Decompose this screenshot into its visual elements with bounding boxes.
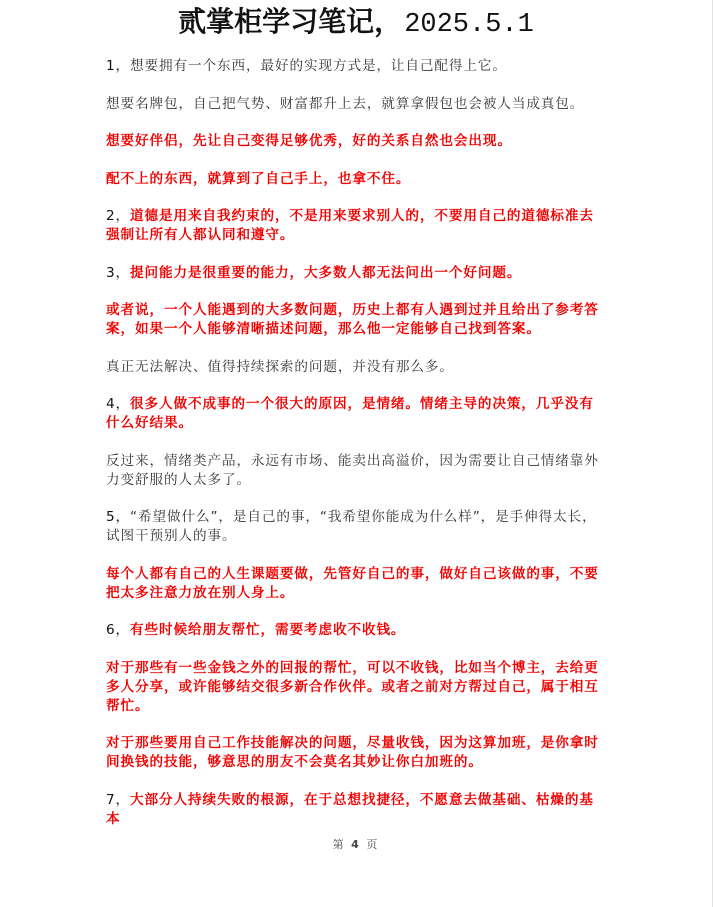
page-number: 4 — [351, 838, 361, 851]
paragraph-10: 反过来，情绪类产品，永远有市场、能卖出高溢价，因为需要让自己情绪靠外力变舒服的人… — [106, 452, 600, 490]
paragraph-text: 提问能力是很重要的能力，大多数人都无法问出一个好问题。 — [130, 265, 521, 281]
paragraph-text: “希望做什么”，是自己的事，“我希望你能成为什么样”，是手伸得太长，试图干预别人… — [106, 509, 597, 544]
paragraph-12-highlight: 每个人都有自己的人生课题要做，先管好自己的事，做好自己该做的事，不要把太多注意力… — [106, 565, 600, 603]
item-number: 5， — [106, 509, 130, 525]
paragraph-text: 对于那些有一些金钱之外的回报的帮忙，可以不收钱，比如当个博主，去给更多人分享，或… — [106, 660, 599, 714]
title-text: 贰掌柜学习笔记， — [178, 5, 402, 38]
footer-suffix: 页 — [366, 838, 379, 851]
paragraph-7-highlight: 或者说，一个人能遇到的大多数问题，历史上都有人遇到过并且给出了参考答案，如果一个… — [106, 301, 600, 339]
paragraph-11: 5，“希望做什么”，是自己的事，“我希望你能成为什么样”，是手伸得太长，试图干预… — [106, 508, 600, 546]
item-number: 6， — [106, 622, 130, 638]
paragraph-4-highlight: 配不上的东西，就算到了自己手上，也拿不住。 — [106, 170, 600, 189]
item-number: 1， — [106, 58, 130, 74]
item-number: 7， — [106, 792, 130, 808]
paragraph-14-highlight: 对于那些有一些金钱之外的回报的帮忙，可以不收钱，比如当个博主，去给更多人分享，或… — [106, 659, 600, 716]
page-title: 贰掌柜学习笔记，2025.5.1 — [0, 4, 712, 43]
paragraph-text: 真正无法解决、值得持续探索的问题，并没有那么多。 — [106, 359, 454, 375]
paragraph-text: 反过来，情绪类产品，永远有市场、能卖出高溢价，因为需要让自己情绪靠外力变舒服的人… — [106, 453, 599, 488]
paragraph-16: 7，大部分人持续失败的根源，在于总想找捷径，不愿意去做基础、枯燥的基本 — [106, 791, 600, 829]
item-number: 3， — [106, 265, 130, 281]
paragraph-8: 真正无法解决、值得持续探索的问题，并没有那么多。 — [106, 358, 600, 377]
paragraph-9: 4，很多人做不成事的一个很大的原因，是情绪。情绪主导的决策，几乎没有什么好结果。 — [106, 395, 600, 433]
paragraph-5: 2，道德是用来自我约束的，不是用来要求别人的，不要用自己的道德标准去强制让所有人… — [106, 207, 600, 245]
paragraph-text: 大部分人持续失败的根源，在于总想找捷径，不愿意去做基础、枯燥的基本 — [106, 792, 594, 827]
item-number: 2， — [106, 208, 130, 224]
paragraph-1: 1，想要拥有一个东西，最好的实现方式是，让自己配得上它。 — [106, 57, 600, 76]
paragraph-text: 每个人都有自己的人生课题要做，先管好自己的事，做好自己该做的事，不要把太多注意力… — [106, 566, 599, 601]
paragraph-text: 想要好伴侣，先让自己变得足够优秀，好的关系自然也会出现。 — [106, 133, 512, 149]
item-number: 4， — [106, 396, 130, 412]
paragraph-text: 道德是用来自我约束的，不是用来要求别人的，不要用自己的道德标准去强制让所有人都认… — [106, 208, 594, 243]
paragraph-15-highlight: 对于那些要用自己工作技能解决的问题，尽量收钱，因为这算加班，是你拿时间换钱的技能… — [106, 734, 600, 772]
paragraph-text: 有些时候给朋友帮忙，需要考虑收不收钱。 — [130, 622, 405, 638]
document-page: 贰掌柜学习笔记，2025.5.1 1，想要拥有一个东西，最好的实现方式是，让自己… — [0, 0, 713, 907]
paragraph-3-highlight: 想要好伴侣，先让自己变得足够优秀，好的关系自然也会出现。 — [106, 132, 600, 151]
paragraph-text: 想要名牌包，自己把气势、财富都升上去，就算拿假包也会被人当成真包。 — [106, 96, 584, 112]
paragraph-text: 很多人做不成事的一个很大的原因，是情绪。情绪主导的决策，几乎没有什么好结果。 — [106, 396, 594, 431]
paragraph-13: 6，有些时候给朋友帮忙，需要考虑收不收钱。 — [106, 621, 600, 640]
paragraph-text: 想要拥有一个东西，最好的实现方式是，让自己配得上它。 — [130, 58, 507, 74]
paragraph-text: 对于那些要用自己工作技能解决的问题，尽量收钱，因为这算加班，是你拿时间换钱的技能… — [106, 735, 599, 770]
footer-prefix: 第 — [333, 838, 346, 851]
paragraph-2: 想要名牌包，自己把气势、财富都升上去，就算拿假包也会被人当成真包。 — [106, 95, 600, 114]
paragraph-text: 或者说，一个人能遇到的大多数问题，历史上都有人遇到过并且给出了参考答案，如果一个… — [106, 302, 599, 337]
paragraph-text: 配不上的东西，就算到了自己手上，也拿不住。 — [106, 171, 410, 187]
paragraph-6: 3，提问能力是很重要的能力，大多数人都无法问出一个好问题。 — [106, 264, 600, 283]
page-footer: 第 4 页 — [0, 837, 712, 853]
note-body: 1，想要拥有一个东西，最好的实现方式是，让自己配得上它。 想要名牌包，自己把气势… — [106, 57, 600, 847]
title-date: 2025.5.1 — [404, 10, 534, 40]
